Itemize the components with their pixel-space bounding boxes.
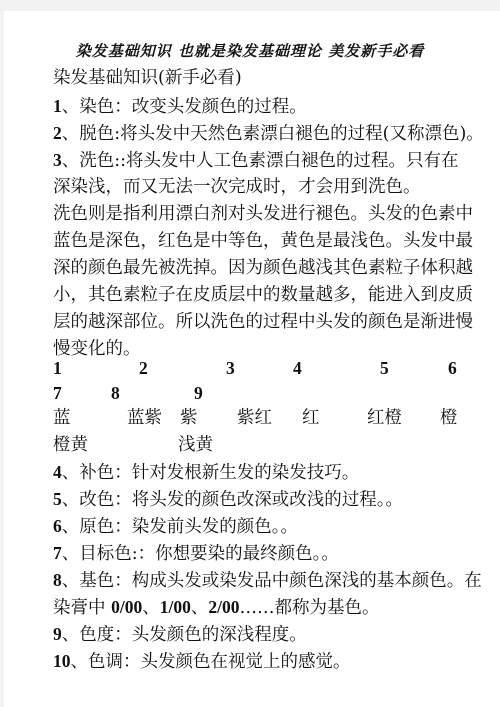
item-number: 1 [53,96,62,116]
separator: 、 [191,598,209,618]
wheel-number: 8 [111,381,120,405]
paragraph-line: 深的颜色最先被洗掉。因为颜色越浅其色素粒子体积越 [53,256,473,280]
color-name: 紫红 [237,406,272,430]
paragraph-line: 蓝色是深色，红色是中等色，黄色是最浅色。头发中最 [53,229,473,253]
item-text: 、目标色:：你想要染的最终颜色。。 [62,544,339,564]
item-text: 、改色：将头发的颜色改深或改浅的过程。。 [62,490,403,510]
color-name: 红橙 [367,406,402,430]
document-title: 染发基础知识(新手必看) [53,66,242,90]
item-text: 深染浅，而又无法一次完成时，才会用到洗色。 [53,177,421,197]
base-code: 1/00 [160,597,191,617]
item-text: 、色调：头发颜色在视觉上的感觉。 [71,652,351,672]
definition-item-7: 7、目标色:：你想要染的最终颜色。。 [53,541,339,566]
item-number: 8 [53,570,62,590]
definition-item-4: 4、补色：针对发根新生发的染发技巧。 [53,460,359,485]
separator: 、 [142,598,160,618]
paragraph-line: 洗色则是指利用漂白剂对头发进行褪色。头发的色素中 [53,202,473,226]
color-name: 橙黄 [53,433,88,457]
definition-item-8-continued: 染膏中 0/00、1/00、2/00……都称为基色。 [53,595,379,620]
item-text: 、基色：构成头发或染发品中颜色深浅的基本颜色。在 [62,571,482,591]
item-number: 5 [53,489,62,509]
color-name: 浅黄 [178,433,213,457]
color-name: 紫 [180,406,198,430]
definition-item-8: 8、基色：构成头发或染发品中颜色深浅的基本颜色。在 [53,568,482,593]
definition-item-1: 1、染色：改变头发颜色的过程。 [53,94,307,119]
item-text: ……都称为基色。 [239,598,379,618]
definition-item-2: 2、脱色:将头发中天然色素漂白褪色的过程(又称漂色)。 [53,121,484,146]
wheel-number: 2 [139,356,148,380]
color-name: 蓝紫 [127,406,162,430]
definition-item-5: 5、改色：将头发的颜色改深或改浅的过程。。 [53,487,403,512]
item-text: 、脱色:将头发中天然色素漂白褪色的过程(又称漂色)。 [62,124,484,144]
paragraph-line: 小，其色素粒子在皮质层中的数量越多，能进入到皮质 [53,283,473,307]
item-number: 3 [53,150,62,170]
item-text: 、染色：改变头发颜色的过程。 [62,97,307,117]
wheel-number: 6 [448,356,457,380]
color-name: 红 [302,406,320,430]
base-code: 2/00 [208,597,239,617]
definition-item-3: 3、洗色::将头发中人工色素漂白褪色的过程。只有在 [53,148,459,173]
item-text: 、补色：针对发根新生发的染发技巧。 [62,463,360,483]
item-text: 、原色：染发前头发的颜色。。 [62,517,298,537]
wheel-number: 1 [53,356,62,380]
wheel-number: 5 [380,356,389,380]
item-number: 7 [53,543,62,563]
definition-item-3-continued: 深染浅，而又无法一次完成时，才会用到洗色。 [53,175,421,199]
item-text: 、色度：头发颜色的深浅程度。 [62,625,307,645]
definition-item-6: 6、原色：染发前头发的颜色。。 [53,514,298,539]
item-number: 9 [53,624,62,644]
paragraph-line: 层的越深部位。所以洗色的过程中头发的颜色是渐进慢 [53,310,473,334]
item-number: 4 [53,462,62,482]
item-number: 2 [53,123,62,143]
paragraph-line: 慢变化的。 [53,337,141,361]
item-number: 6 [53,516,62,536]
item-text: 、洗色::将头发中人工色素漂白褪色的过程。只有在 [62,151,459,171]
item-number: 10 [53,651,71,671]
wheel-number: 9 [194,381,203,405]
wheel-number: 7 [53,381,62,405]
wheel-number: 4 [293,356,302,380]
color-name: 橙 [440,406,458,430]
definition-item-9: 9、色度：头发颜色的深浅程度。 [53,622,307,647]
wheel-number: 3 [226,356,235,380]
definition-item-10: 10、色调：头发颜色在视觉上的感觉。 [53,649,351,674]
base-code: 0/00 [111,597,142,617]
color-name: 蓝 [53,406,71,430]
item-text: 染膏中 [53,598,111,618]
page-header: 染发基础知识 也就是染发基础理论 美发新手必看 [0,40,500,61]
